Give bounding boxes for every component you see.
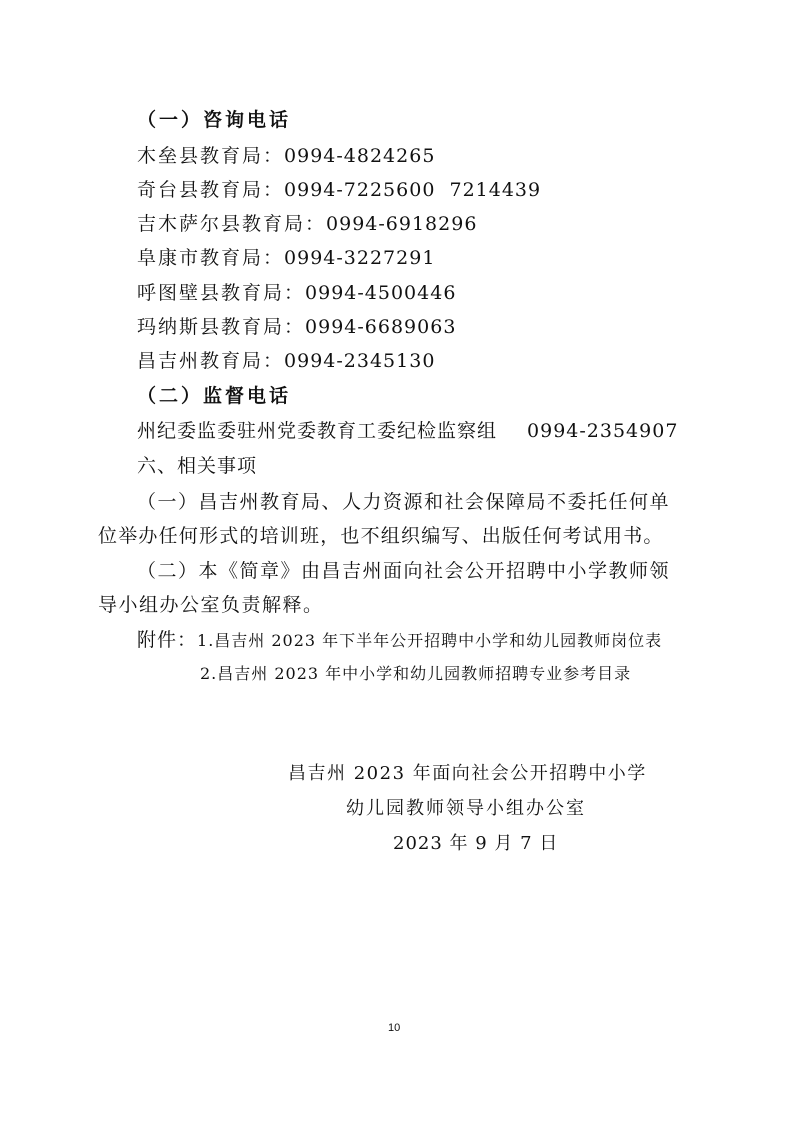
attachments-line1: 附件：1.昌吉州 2023 年下半年公开招聘中小学和幼儿园教师岗位表 bbox=[137, 628, 662, 653]
attachments-label: 附件： bbox=[137, 629, 197, 651]
attachment-item: 1.昌吉州 2023 年下半年公开招聘中小学和幼儿园教师岗位表 bbox=[197, 631, 662, 650]
supervise-entry: 州纪委监委驻州党委教育工委纪检监察组0994-2354907 bbox=[137, 419, 678, 443]
consult-entry: 昌吉州教育局：0994-2345130 bbox=[137, 349, 435, 373]
supervise-phone: 0994-2354907 bbox=[527, 420, 678, 442]
entry-phone: 0994-3227291 bbox=[284, 247, 435, 269]
supervise-name: 州纪委监委驻州党委教育工委纪检监察组 bbox=[137, 420, 497, 442]
signature-line1: 昌吉州 2023 年面向社会公开招聘中小学 bbox=[288, 762, 647, 786]
entry-phone: 0994-6918296 bbox=[326, 213, 477, 235]
entry-phone: 0994-4824265 bbox=[284, 145, 435, 167]
section6-heading: 六、相关事项 bbox=[137, 454, 257, 478]
entry-name: 阜康市教育局： bbox=[137, 247, 284, 269]
signature-line2: 幼儿园教师领导小组办公室 bbox=[346, 797, 586, 821]
entry-name: 木垒县教育局： bbox=[137, 145, 284, 167]
section6-p2-line2: 导小组办公室负责解释。 bbox=[98, 593, 324, 617]
consult-entry: 奇台县教育局：0994-7225600 7214439 bbox=[137, 178, 541, 202]
section6-p2-line1: （二）本《简章》由昌吉州面向社会公开招聘中小学教师领 bbox=[137, 559, 670, 583]
supervise-heading: （二）监督电话 bbox=[137, 384, 291, 408]
attachment-item: 2.昌吉州 2023 年中小学和幼儿园教师招聘专业参考目录 bbox=[200, 662, 631, 686]
consult-entry: 呼图壁县教育局：0994-4500446 bbox=[137, 281, 456, 305]
entry-phone: 0994-2345130 bbox=[284, 350, 435, 372]
consult-entry: 木垒县教育局：0994-4824265 bbox=[137, 144, 435, 168]
entry-phone: 0994-4500446 bbox=[305, 282, 456, 304]
entry-name: 奇台县教育局： bbox=[137, 179, 284, 201]
entry-name: 玛纳斯县教育局： bbox=[137, 316, 305, 338]
entry-phone: 0994-6689063 bbox=[305, 316, 456, 338]
consult-entry: 吉木萨尔县教育局：0994-6918296 bbox=[137, 212, 477, 236]
section6-p1-line1: （一）昌吉州教育局、人力资源和社会保障局不委托任何单 bbox=[137, 490, 670, 514]
section6-p1-line2: 位举办任何形式的培训班，也不组织编写、出版任何考试用书。 bbox=[98, 524, 664, 548]
consult-entry: 阜康市教育局：0994-3227291 bbox=[137, 246, 435, 270]
consult-entry: 玛纳斯县教育局：0994-6689063 bbox=[137, 315, 456, 339]
entry-name: 昌吉州教育局： bbox=[137, 350, 284, 372]
entry-name: 呼图壁县教育局： bbox=[137, 282, 305, 304]
entry-phone: 0994-7225600 7214439 bbox=[284, 179, 541, 201]
consult-heading: （一）咨询电话 bbox=[137, 108, 291, 132]
entry-name: 吉木萨尔县教育局： bbox=[137, 213, 326, 235]
page-number: 10 bbox=[388, 1022, 400, 1034]
signature-date: 2023 年 9 月 7 日 bbox=[393, 832, 558, 856]
